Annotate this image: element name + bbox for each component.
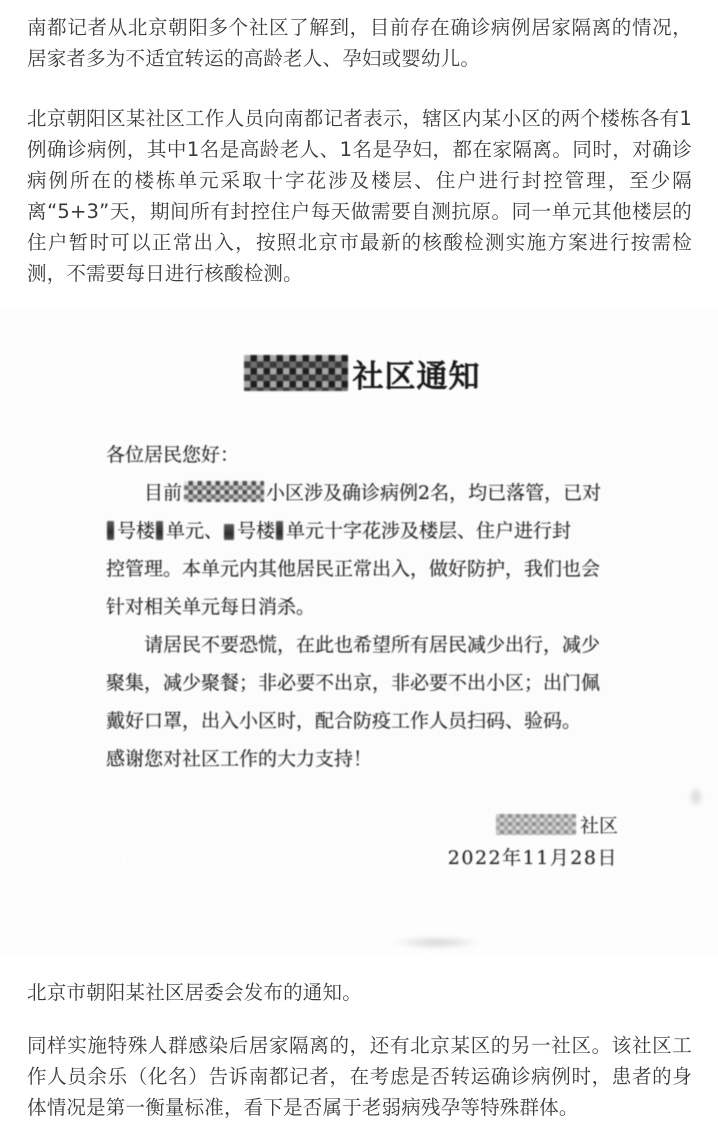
notice-line: 号楼单元、号楼单元十字花涉及楼层、住户进行封 [106, 512, 618, 550]
notice-text-segment: 社区 [580, 815, 618, 837]
notice-text-segment: 戴好口罩，出入小区时，配合防疫工作人员扫码、验码。 [106, 710, 581, 732]
notice-text-segment: 单元十字花涉及楼层、住户进行封 [286, 520, 571, 542]
redaction-mosaic [156, 521, 163, 540]
redaction-mosaic [184, 481, 264, 502]
article-page: { "colors": { "page_background": "#fffff… [0, 0, 718, 1134]
notice-document: 社区通知 各位居民您好：目前小区涉及确诊病例2名，均已落管，已对号楼单元、号楼单… [106, 352, 618, 877]
notice-title: 社区通知 [106, 352, 618, 394]
article-body-top: 南都记者从北京朝阳多个社区了解到，目前存在确诊病例居家隔离的情况，居家者多为不适… [0, 0, 718, 289]
notice-line: 目前小区涉及确诊病例2名，均已落管，已对 [106, 474, 618, 512]
notice-line: 聚集，减少聚餐；非必要不出京，非必要不出小区；出门佩 [106, 664, 618, 702]
notice-text-segment: 号楼 [117, 520, 155, 542]
notice-line: 控管理。本单元内其他居民正常出入，做好防护，我们也会 [106, 550, 618, 588]
scan-artifact [392, 936, 482, 949]
notice-text-segment: 感谢您对社区工作的大力支持！ [106, 748, 372, 770]
image-caption: 北京市朝阳某社区居委会发布的通知。 [27, 977, 692, 1008]
notice-text-segment: 社区通知 [353, 351, 481, 396]
notice-text-segment: 针对相关单元每日消杀。 [106, 596, 315, 618]
redaction-mosaic [276, 521, 283, 540]
notice-image: 社区通知 各位居民您好：目前小区涉及确诊病例2名，均已落管，已对号楼单元、号楼单… [0, 308, 718, 958]
notice-body: 各位居民您好：目前小区涉及确诊病例2名，均已落管，已对号楼单元、号楼单元十字花涉… [106, 436, 618, 778]
notice-text-segment: 小区涉及确诊病例2名，均已落管，已对 [266, 482, 601, 504]
notice-text-segment: 目前 [144, 482, 182, 504]
redaction-mosaic [496, 814, 576, 835]
notice-text-segment: 聚集，减少聚餐；非必要不出京，非必要不出小区；出门佩 [106, 672, 600, 694]
notice-line: 戴好口罩，出入小区时，配合防疫工作人员扫码、验码。 [106, 702, 618, 740]
article-paragraph: 北京朝阳区某社区工作人员向南都记者表示，辖区内某小区的两个楼栋各有1例确诊病例，… [27, 103, 692, 289]
notice-text-segment: 各位居民您好： [106, 444, 239, 466]
notice-line: 请居民不要恐慌，在此也希望所有居民减少出行，减少 [106, 626, 618, 664]
notice-date: 2022年11月28日 [106, 839, 618, 877]
article-paragraph: 南都记者从北京朝阳多个社区了解到，目前存在确诊病例居家隔离的情况，居家者多为不适… [27, 12, 692, 74]
notice-text-segment: 请居民不要恐慌，在此也希望所有居民减少出行，减少 [144, 634, 600, 656]
notice-line: 针对相关单元每日消杀。 [106, 588, 618, 626]
redaction-mosaic [224, 524, 234, 540]
scan-artifact [688, 786, 704, 808]
notice-signature: 社区 [106, 813, 618, 839]
article-paragraph: 同样实施特殊人群感染后居家隔离的，还有北京某区的另一社区。该社区工作人员余乐（化… [27, 1030, 692, 1123]
notice-text-segment: 单元、 [166, 520, 223, 542]
notice-text-segment: 控管理。本单元内其他居民正常出入，做好防护，我们也会 [106, 558, 600, 580]
redaction-mosaic [107, 521, 114, 540]
notice-text-segment: 号楼 [237, 520, 275, 542]
notice-line: 感谢您对社区工作的大力支持！ [106, 740, 618, 778]
notice-line: 各位居民您好： [106, 436, 618, 474]
article-body-bottom: 北京市朝阳某社区居委会发布的通知。 同样实施特殊人群感染后居家隔离的，还有北京某… [0, 977, 718, 1123]
redaction-mosaic [244, 355, 348, 391]
